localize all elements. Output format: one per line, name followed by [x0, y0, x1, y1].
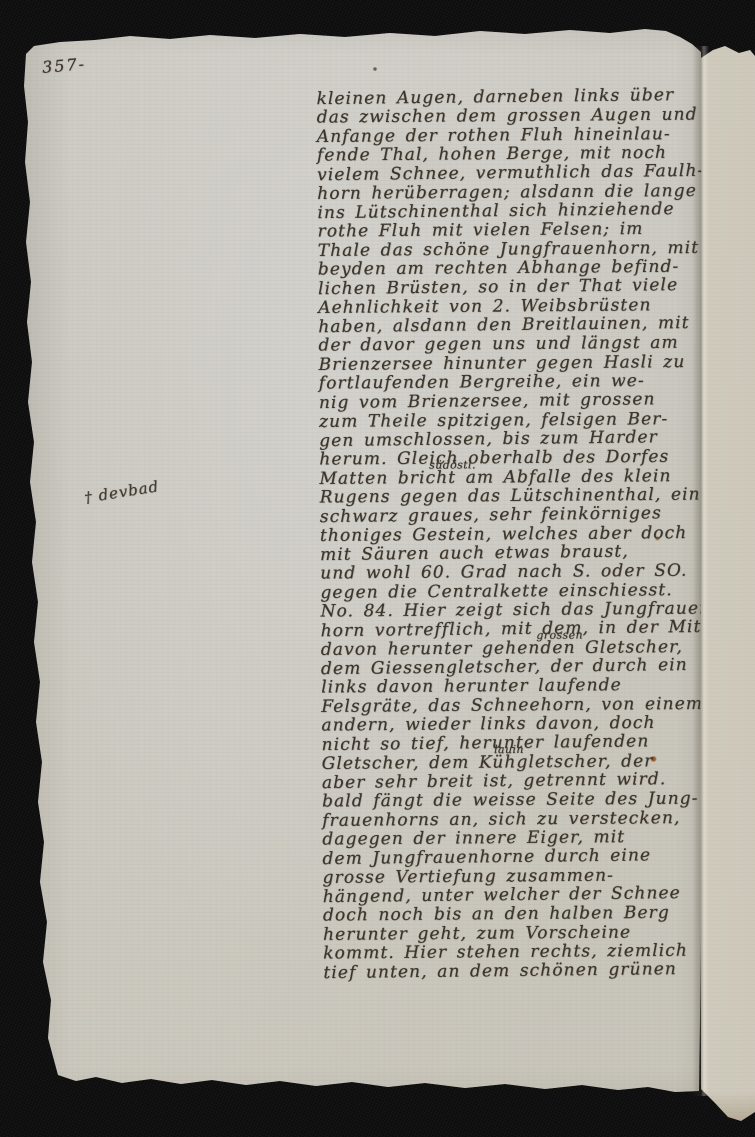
text-line: tief unten, an dem schönen grünen	[323, 960, 715, 982]
photo-background: 357- † devbad uu kleinen Augen, darneben…	[0, 0, 755, 1137]
interlinear-insertion: grossen	[536, 630, 583, 640]
interlinear-insertion: südöstl.	[429, 460, 476, 470]
margin-annotation: † devbad	[83, 477, 160, 507]
ink-speck	[373, 67, 377, 71]
text-line-content: tief unten, an dem schönen grünen	[323, 960, 677, 983]
manuscript-text-block: kleinen Augen, darneben links überdas zw…	[316, 86, 715, 994]
interlinear-insertion: lauin	[494, 745, 524, 755]
page-number: 357-	[41, 54, 86, 77]
manuscript-page: 357- † devbad uu kleinen Augen, darneben…	[0, 0, 755, 1137]
margin-pencil-mark: uu	[36, 980, 48, 989]
